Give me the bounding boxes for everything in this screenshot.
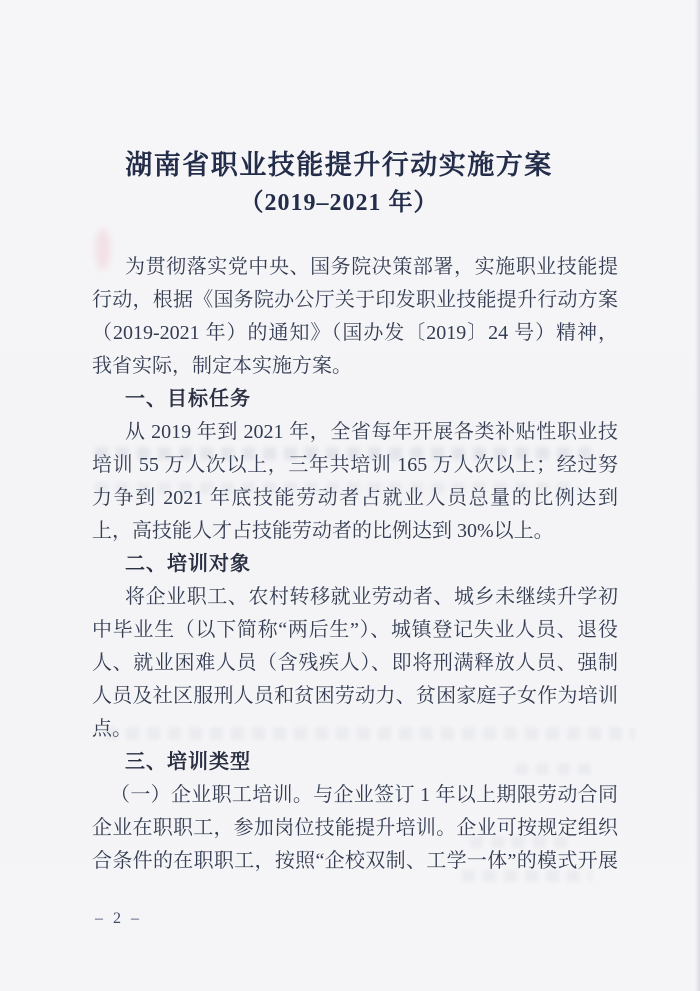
body-line: 行动，根据《国务院办公厅关于印发职业技能提升行动方案 [92, 284, 618, 317]
document-body: 为贯彻落实党中央、国务院决策部署，实施职业技能提升 行动，根据《国务院办公厅关于… [92, 251, 618, 878]
body-line: 从 2019 年到 2021 年，全省每年开展各类补贴性职业技能 [92, 416, 618, 449]
body-line: 企业在职职工，参加岗位技能提升培训。企业可按规定组织符 [92, 812, 618, 845]
body-line: 合条件的在职职工，按照“企校双制、工学一体”的模式开展企 [92, 845, 618, 878]
document-title-block: 湖南省职业技能提升行动实施方案 （2019–2021 年） [0, 148, 700, 219]
body-line: （2019-2021 年）的通知》（国办发〔2019〕24 号）精神，结合 [92, 317, 618, 350]
body-line: 力争到 2021 年底技能劳动者占就业人员总量的比例达到 25%以 [92, 482, 618, 515]
section-heading-training-types: 三、培训类型 [92, 746, 618, 779]
body-line: 上，高技能人才占技能劳动者的比例达到 30%以上。 [92, 515, 618, 548]
body-line: 人员及社区服刑人员和贫困劳动力、贫困家庭子女作为培训重 [92, 680, 618, 713]
body-line: 点。 [92, 713, 618, 746]
page-number: – 2 – [95, 910, 142, 928]
body-line: 将企业职工、农村转移就业劳动者、城乡未继续升学初高 [92, 581, 618, 614]
document-title: 湖南省职业技能提升行动实施方案 [0, 148, 678, 182]
body-line: 培训 55 万人次以上，三年共培训 165 万人次以上；经过努力， [92, 449, 618, 482]
body-line: 我省实际，制定本实施方案。 [92, 350, 618, 383]
section-heading-goals: 一、目标任务 [92, 383, 618, 416]
document-subtitle: （2019–2021 年） [0, 187, 678, 219]
body-line: （一）企业职工培训。与企业签订 1 年以上期限劳动合同的 [92, 779, 618, 812]
body-line: 中毕业生（以下简称“两后生”）、城镇登记失业人员、退役军 [92, 614, 618, 647]
scanned-document-page: 湖南省职业技能提升行动实施方案 （2019–2021 年） 为贯彻落实党中央、国… [0, 0, 700, 991]
body-line: 人、就业困难人员（含残疾人）、即将刑满释放人员、强制戒毒 [92, 647, 618, 680]
body-line: 为贯彻落实党中央、国务院决策部署，实施职业技能提升 [92, 251, 618, 284]
section-heading-trainees: 二、培训对象 [92, 548, 618, 581]
